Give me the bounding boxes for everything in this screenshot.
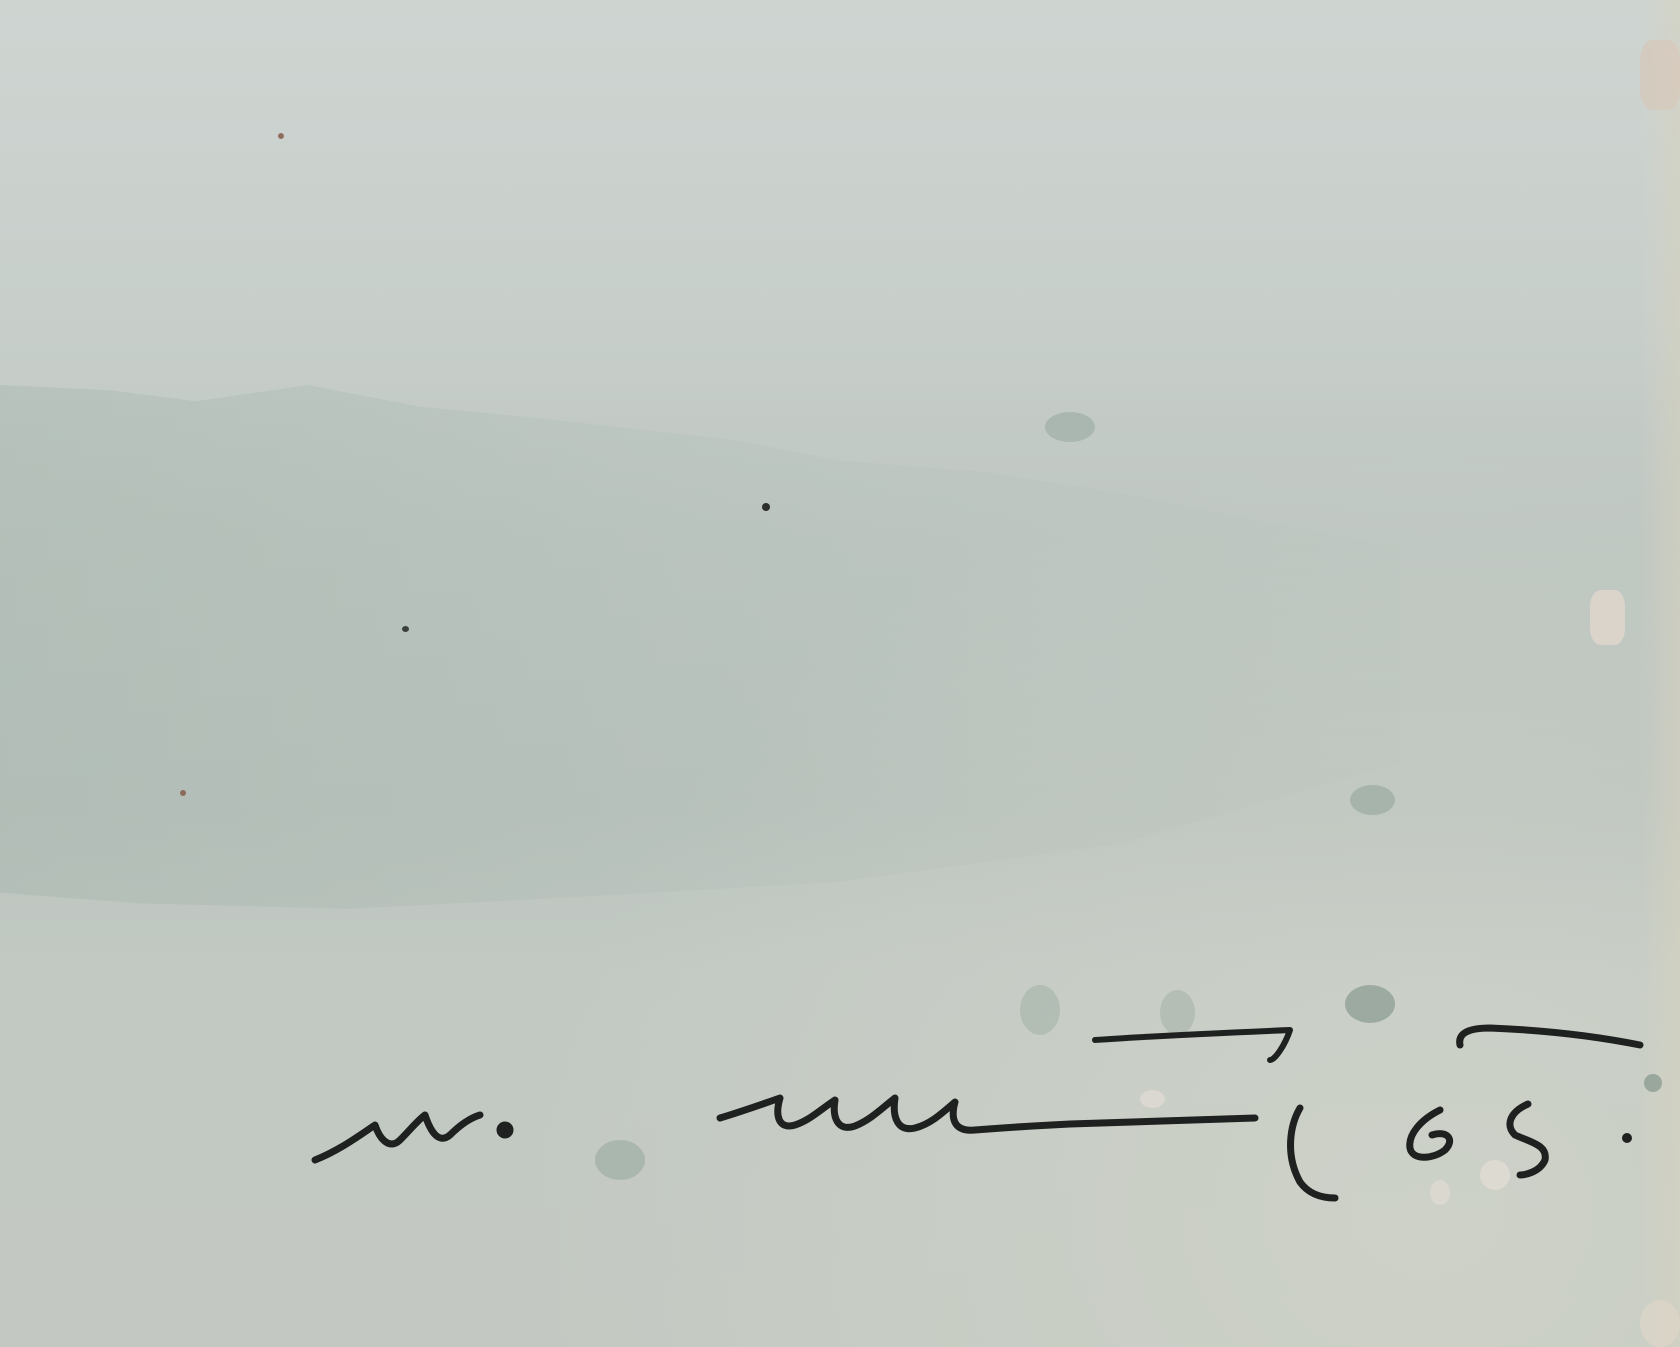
artist-signature bbox=[0, 0, 1680, 1347]
watercolor-paper: m. miró 65. bbox=[0, 0, 1680, 1347]
